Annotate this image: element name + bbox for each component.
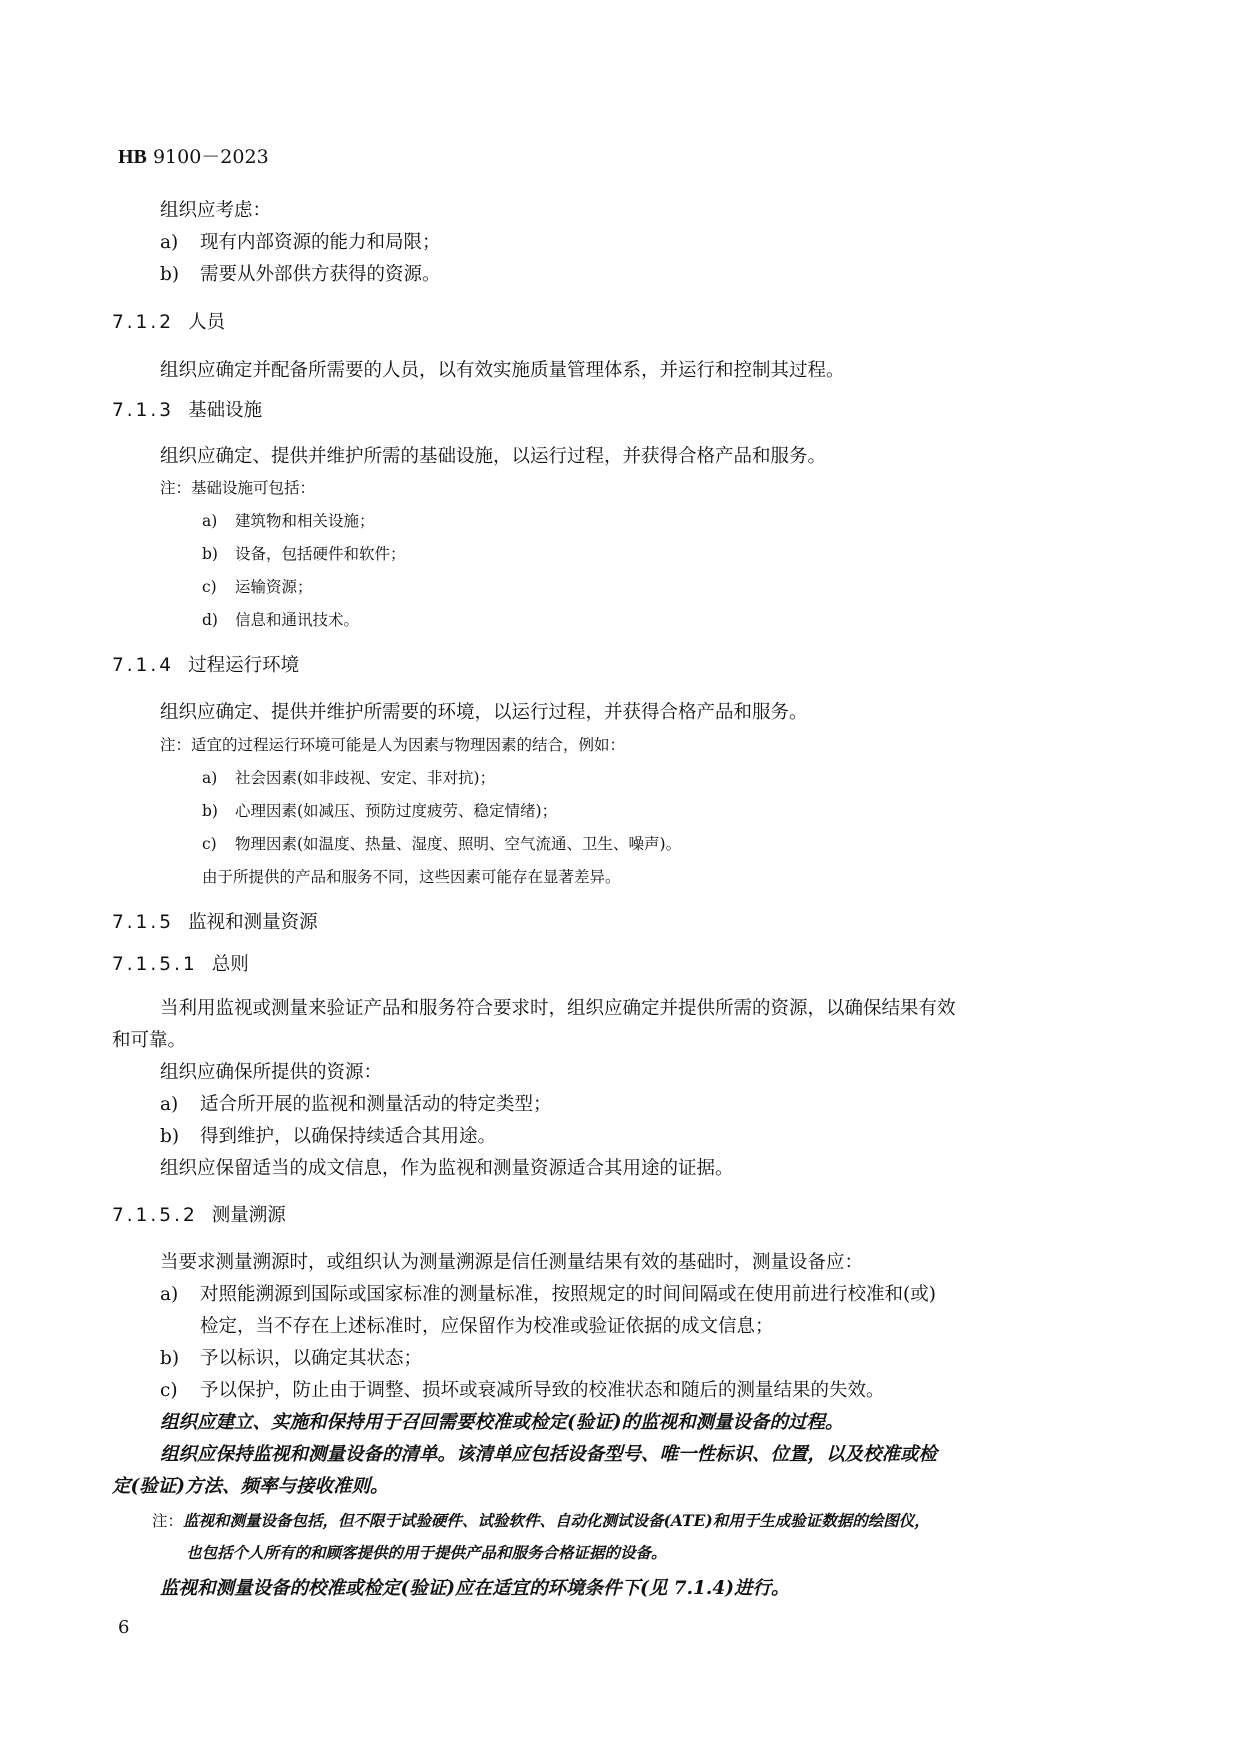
list-item: c)予以保护，防止由于调整、损坏或衰减所导致的校准状态和随后的测量结果的失效。 <box>160 1378 885 1404</box>
paragraph: 当利用监视或测量来验证产品和服务符合要求时，组织应确定并提供所需的资源，以确保结… <box>160 996 956 1022</box>
paragraph: 组织应确保所提供的资源： <box>160 1060 382 1086</box>
note-text: 由于所提供的产品和服务不同，这些因素可能存在显著差异。 <box>202 866 621 888</box>
note-item: b)心理因素(如减压、预防过度疲劳、稳定情绪)； <box>202 800 557 822</box>
note-item: d)信息和通讯技术。 <box>202 609 359 631</box>
document-header: HB 9100－2023 <box>118 142 269 169</box>
emphasized-note: 注：监视和测量设备包括，但不限于试验硬件、试验软件、自动化测试设备(ATE)和用… <box>152 1510 930 1532</box>
subsection-heading: 7.1.5.2测量溯源 <box>112 1203 286 1229</box>
paragraph: 当要求测量溯源时，或组织认为测量溯源是信任测量结果有效的基础时，测量设备应： <box>160 1250 863 1276</box>
emphasized-paragraph-continuation: 定(验证)方法、频率与接收准则。 <box>112 1474 389 1500</box>
section-heading: 7.1.3基础设施 <box>112 398 262 424</box>
note-item: c)物理因素(如温度、热量、湿度、照明、空气流通、卫生、噪声)。 <box>202 833 681 855</box>
note-item: b)设备，包括硬件和软件； <box>202 543 406 565</box>
section-heading: 7.1.5监视和测量资源 <box>112 910 318 936</box>
note: 注：适宜的过程运行环境可能是人为因素与物理因素的结合，例如： <box>160 734 625 756</box>
list-item: b)需要从外部供方获得的资源。 <box>160 262 441 288</box>
emphasized-paragraph: 监视和测量设备的校准或检定(验证)应在适宜的环境条件下(见 7.1.4)进行。 <box>160 1576 789 1602</box>
paragraph: 组织应确定、提供并维护所需的基础设施，以运行过程，并获得合格产品和服务。 <box>160 444 826 470</box>
standard-code: HB <box>118 146 147 168</box>
note-item: a)建筑物和相关设施； <box>202 510 375 532</box>
emphasized-paragraph: 组织应保持监视和测量设备的清单。该清单应包括设备型号、唯一性标识、位置，以及校准… <box>160 1442 937 1468</box>
paragraph: 组织应确定并配备所需要的人员，以有效实施质量管理体系，并运行和控制其过程。 <box>160 358 845 384</box>
note-item: c)运输资源； <box>202 576 313 598</box>
list-item: a)适合所开展的监视和测量活动的特定类型； <box>160 1092 552 1118</box>
section-heading: 7.1.2人员 <box>112 310 225 336</box>
list-item-continuation: 检定，当不存在上述标准时，应保留作为校准或验证依据的成文信息； <box>200 1314 774 1340</box>
emphasized-note-continuation: 也包括个人所有的和顾客提供的用于提供产品和服务合格证据的设备。 <box>186 1542 667 1564</box>
page-number: 6 <box>118 1617 129 1638</box>
paragraph: 组织应考虑： <box>160 198 271 224</box>
list-item: b)得到维护，以确保持续适合其用途。 <box>160 1124 496 1150</box>
list-item: b)予以标识，以确定其状态； <box>160 1346 422 1372</box>
paragraph: 组织应确定、提供并维护所需要的环境，以运行过程，并获得合格产品和服务。 <box>160 700 808 726</box>
list-item: a)现有内部资源的能力和局限； <box>160 230 441 256</box>
section-heading: 7.1.4过程运行环境 <box>112 653 299 679</box>
paragraph: 组织应保留适当的成文信息，作为监视和测量资源适合其用途的证据。 <box>160 1156 734 1182</box>
note-item: a)社会因素(如非歧视、安定、非对抗)； <box>202 767 495 789</box>
subsection-heading: 7.1.5.1总则 <box>112 952 249 978</box>
list-item: a)对照能溯源到国际或国家标准的测量标准，按照规定的时间间隔或在使用前进行校准和… <box>160 1282 936 1308</box>
emphasized-paragraph: 组织应建立、实施和保持用于召回需要校准或检定(验证)的监视和测量设备的过程。 <box>160 1410 844 1436</box>
note: 注：基础设施可包括： <box>160 477 315 499</box>
paragraph-continuation: 和可靠。 <box>112 1028 186 1054</box>
standard-number: 9100－2023 <box>153 146 269 168</box>
